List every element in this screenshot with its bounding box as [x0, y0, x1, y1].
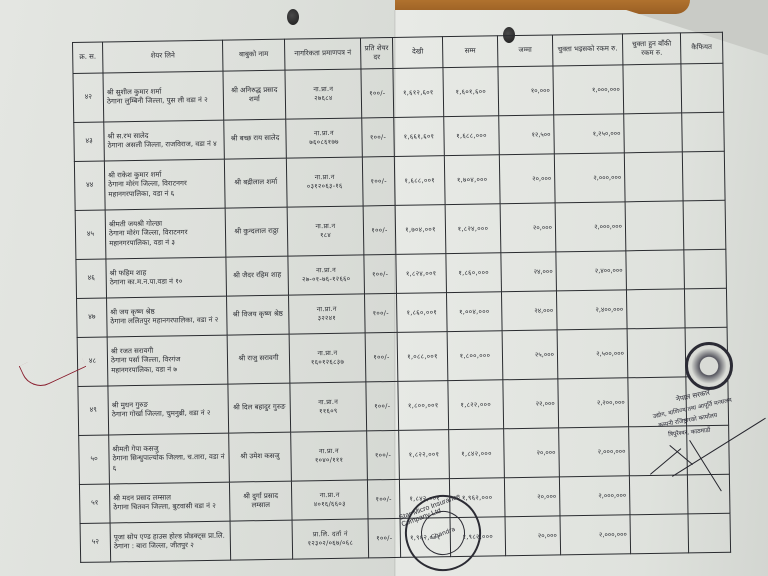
- table-cell: ना.प्रा.न०३१२०६३-१६: [286, 157, 363, 207]
- shareholder-address: ठेगाना लुम्बिनी जिल्ला, पुस ली वडा नं २: [107, 96, 220, 107]
- table-cell: १,८६०,००१: [396, 293, 447, 333]
- table-cell: [629, 475, 688, 515]
- table-cell: श्री राकेश कुमार शर्माठेगाना मोरंग जिल्ल…: [104, 159, 225, 210]
- table-cell: २,५००,०००: [557, 329, 628, 379]
- table-cell: १,६१२,६०१: [393, 68, 444, 118]
- table-cell: [688, 513, 731, 553]
- table-cell: १००/-: [362, 117, 395, 156]
- table-cell: १,०८८,००१: [397, 332, 448, 382]
- share-from: १,०८८,००१: [407, 352, 438, 360]
- share-total: १२,५००: [531, 130, 550, 138]
- table-cell: ४३: [74, 122, 105, 161]
- share-from: १,८००,००१: [408, 401, 439, 409]
- paid-amount: २,०००,०००: [593, 173, 621, 181]
- shareholder-address: ठेगाना : बारा जिल्ला, जीतपुर २: [114, 541, 227, 552]
- table-cell: २०,०००: [499, 154, 555, 204]
- shareholder-address: ठेगाना गोर्खा जिल्ला, चुमनुब्री, वडा नं …: [112, 409, 225, 420]
- table-cell: श्री दिल बहादुर गुरुङ: [228, 383, 291, 433]
- serial-number: ५१: [91, 499, 98, 507]
- table-cell: ४७: [77, 298, 108, 337]
- table-cell: ना.प्रा.न२७६८४: [285, 69, 362, 119]
- father-name: श्री राजु सरावगी: [238, 354, 278, 363]
- share-total: २०,०००: [533, 223, 552, 231]
- government-emblem-stamp: [685, 342, 733, 390]
- share-to: १,६८८,०००: [456, 131, 487, 139]
- share-to: १,८२२,०००: [460, 400, 491, 408]
- table-cell: [626, 289, 685, 329]
- father-name: श्री बच्छ राय सालेद: [231, 134, 280, 143]
- rate-per-share: १००/-: [371, 177, 387, 185]
- table-cell: [626, 250, 685, 290]
- table-cell: १,६८८,०००: [444, 116, 500, 156]
- father-name: श्री जैदर रहिम शाह: [233, 271, 281, 280]
- column-header: कैफियत: [680, 32, 722, 64]
- serial-number: ४३: [85, 137, 92, 145]
- paid-amount: १,०००,०००: [592, 85, 620, 93]
- rate-per-share: १००/-: [375, 451, 391, 459]
- table-cell: ना.प्रा.न४०१६/६६०३: [291, 480, 368, 520]
- table-cell: १,२५०,०००: [554, 114, 625, 154]
- table-cell: श्री जय कृष्ण श्रेष्ठठेगाना ललितपुर महान…: [107, 296, 228, 337]
- serial-number: ४५: [87, 230, 94, 238]
- shareholder-address: ठेगाना पर्सा जिल्ला, विरगंज महानगरपालिका…: [111, 355, 224, 376]
- table-cell: ५०: [79, 435, 110, 484]
- share-total: २४,०००: [534, 306, 553, 314]
- table-cell: १,७०४,००१: [395, 205, 446, 255]
- father-name: श्री कुन्दलाल राठ्ठा: [234, 227, 278, 236]
- table-cell: [683, 200, 726, 250]
- table-cell: श्रीमती गेपा कसजुठेगाना सिन्धुपाल्चोक जि…: [109, 433, 230, 484]
- share-total: २४,०००: [534, 267, 553, 275]
- table-cell: २,२००,०००: [558, 378, 629, 428]
- share-to: १,८६०,०००: [458, 268, 489, 276]
- shareholder-address: ठेगाना ललितपुर महानगरपालिका, वडा नं २: [110, 316, 223, 327]
- citizenship-number: २७६८४: [289, 94, 358, 104]
- rate-per-share: १००/-: [374, 402, 390, 410]
- paid-amount: २,०००,०००: [598, 447, 626, 455]
- table-cell: १,००४,०००: [446, 292, 502, 332]
- rate-per-share: १००/-: [373, 309, 389, 317]
- table-cell: श्री मदन प्रसाद लम्सालठेगाना चितवन जिल्ल…: [109, 482, 230, 523]
- table-cell: २,०००,०००: [560, 515, 631, 555]
- share-from: १,८२२,००१: [409, 450, 440, 458]
- citizenship-number: १६०१२६८३७: [293, 357, 362, 367]
- table-cell: १,७०४,०००: [444, 155, 500, 205]
- table-cell: १,८६०,०००: [446, 253, 502, 293]
- share-from: १,६१२,६०१: [403, 88, 434, 96]
- table-cell: श्री स.रभ सालेदठेगाना असली जिल्ला, राजवि…: [104, 120, 225, 161]
- table-cell: श्री राजु सरावगी: [227, 334, 290, 384]
- table-cell: १००/-: [366, 381, 399, 430]
- table-cell: श्री बद्रीलाल शर्मा: [224, 158, 287, 208]
- table-cell: १,८२४,०००: [445, 204, 501, 254]
- table-cell: ४५: [75, 210, 106, 259]
- table-cell: [682, 151, 725, 201]
- serial-number: ४९: [90, 406, 97, 414]
- table-cell: [682, 112, 725, 152]
- share-from: १,७०४,००१: [405, 225, 436, 233]
- rate-per-share: १००/-: [369, 89, 385, 97]
- share-to: १,००४,०००: [459, 307, 490, 315]
- paid-amount: १,२५०,०००: [593, 129, 621, 137]
- share-register-table: क्र. स.शेयर लिनेबाबुको नामनागरिकता प्रमा…: [72, 32, 731, 563]
- table-cell: १,८२४,००१: [396, 254, 447, 294]
- citizenship-number: ११६०९: [294, 406, 363, 416]
- serial-number: ५२: [92, 538, 99, 546]
- rate-per-share: १००/-: [372, 270, 388, 278]
- table-cell: २०,०००: [504, 428, 560, 478]
- table-cell: श्री सुशील कुमार शर्माठेगाना लुम्बिनी जि…: [103, 71, 224, 122]
- column-header: नागरिकता प्रमाणपत्र नं: [284, 38, 360, 70]
- table-cell: १००/-: [367, 479, 400, 518]
- table-cell: १,८००,०००: [447, 331, 503, 381]
- column-header: जम्मा: [497, 35, 552, 67]
- table-cell: १,८२२,०००: [448, 380, 504, 430]
- father-name: श्री दुर्गा प्रसाद लम्साल: [243, 491, 278, 509]
- share-total: २०,०००: [538, 531, 557, 539]
- table-cell: २,४००,०००: [556, 251, 627, 291]
- table-cell: २०,०००: [505, 516, 561, 556]
- paid-amount: २,४००,०००: [595, 266, 623, 274]
- column-header: देखी: [392, 37, 442, 69]
- share-to: १,८००,०००: [460, 351, 491, 359]
- rate-per-share: १००/-: [376, 534, 392, 542]
- table-cell: श्री कुन्दलाल राठ्ठा: [225, 207, 288, 257]
- citizenship-number: २७-०१-७६-१२६६०: [292, 274, 361, 284]
- column-header: चुक्ता हुन बाँकी रकम रु.: [622, 33, 680, 65]
- father-name: श्री विजय कृष्ण श्रेष्ठ: [233, 310, 283, 319]
- table-cell: ना.प्रा.न१६०१२६८३७: [289, 333, 366, 383]
- table-cell: [623, 64, 682, 114]
- table-cell: २०,०००: [504, 477, 560, 517]
- table-cell: २,०००,०००: [555, 202, 626, 252]
- table-cell: १,०००,०००: [553, 65, 624, 115]
- table-cell: १००/-: [363, 205, 396, 254]
- punch-hole: [287, 9, 299, 25]
- table-cell: श्रीमती जयश्री गोल्छाठेगाना मोरंग जिल्ला…: [105, 208, 226, 259]
- table-cell: १००/-: [364, 293, 397, 332]
- paid-amount: २,२००,०००: [597, 398, 625, 406]
- shareholder-address: ठेगाना सिन्धुपाल्चोक जिल्ला, च.तारा, वडा…: [112, 453, 225, 474]
- table-cell: [625, 201, 684, 251]
- share-to: १,८२४,०००: [458, 224, 489, 232]
- citizenship-number: १२३०२/०६७/०६८: [296, 538, 365, 548]
- table-cell: ना.प्रा.न३२२४१: [289, 294, 366, 334]
- table-cell: २५,०००: [502, 330, 558, 380]
- table-cell: श्री मुधन गुरुङठेगाना गोर्खा जिल्ला, चुम…: [108, 384, 229, 435]
- father-name: श्री अनिरुद्ध प्रसाद शर्मा: [231, 85, 277, 103]
- table-cell: १,८२२,००१: [399, 430, 450, 480]
- table-cell: [630, 514, 689, 554]
- table-cell: श्री जैदर रहिम शाह: [226, 256, 289, 296]
- share-total: २२,०००: [536, 399, 555, 407]
- table-cell: २,०००,०००: [559, 476, 630, 516]
- rate-per-share: १००/-: [373, 353, 389, 361]
- table-cell: [684, 288, 727, 328]
- table-cell: २४,०००: [501, 252, 557, 292]
- table-cell: श्री विजय कृष्ण श्रेष्ठ: [227, 295, 290, 335]
- table-cell: १,६८८,००१: [394, 156, 445, 206]
- share-to: १,६०१,६००: [456, 87, 487, 95]
- table-cell: ४६: [76, 259, 107, 298]
- paid-amount: २,०००,०००: [599, 530, 627, 538]
- share-from: १,६८८,००१: [404, 176, 435, 184]
- table-cell: १,८४२,०००: [449, 429, 505, 479]
- table-cell: श्री अनिरुद्ध प्रसाद शर्मा: [223, 70, 286, 120]
- table-cell: [230, 520, 293, 560]
- paid-amount: २,४००,०००: [595, 305, 623, 313]
- share-from: १,८६०,००१: [406, 308, 437, 316]
- shareholder-address: ठेगाना मोरंग जिल्ला, विराटनगर महानगरपालि…: [109, 228, 222, 249]
- table-cell: ना.प्रा.न१८४: [287, 206, 364, 256]
- table-cell: [624, 152, 683, 202]
- table-cell: ना.प्रा.न७६०८६१७७: [286, 118, 363, 158]
- serial-number: ४८: [89, 357, 96, 365]
- table-cell: ५१: [79, 484, 110, 523]
- column-header: बाबुको नाम: [222, 39, 284, 71]
- citizenship-number: १८४: [291, 230, 360, 240]
- rate-per-share: १००/-: [376, 495, 392, 503]
- table-cell: श्री रजत सरावगीठेगाना पर्सा जिल्ला, विरग…: [107, 335, 228, 386]
- table-cell: [627, 328, 686, 378]
- column-header: प्रति शेयर दर: [360, 37, 392, 68]
- shareholder-address: ठेगाना का.म.न.पा.वडा नं १०: [110, 277, 223, 288]
- shareholder-address: ठेगाना चितवन जिल्ला, बुटवासी वडा नं २: [113, 502, 226, 513]
- table-cell: १००/-: [368, 518, 401, 557]
- column-header: सम्म: [442, 36, 497, 68]
- table-cell: १००/-: [361, 68, 394, 117]
- rate-per-share: १००/-: [371, 226, 387, 234]
- citizenship-number: ३२२४१: [292, 313, 361, 323]
- share-total: २५,०००: [535, 350, 554, 358]
- share-total: २०,०००: [532, 174, 551, 182]
- table-cell: ४९: [78, 386, 109, 435]
- table-cell: [681, 63, 724, 113]
- table-cell: पूजा सोप एण्ड हाउस होल्ड प्रोडक्ट्स प्रा…: [110, 521, 231, 562]
- serial-number: ४६: [88, 274, 95, 282]
- citizenship-number: ४०१६/६६०३: [295, 499, 364, 509]
- table-cell: १२,५००: [499, 115, 555, 155]
- share-total: १०,०००: [531, 86, 550, 94]
- table-cell: १,६६१,६०१: [394, 117, 445, 157]
- table-cell: १,६०१,६००: [443, 67, 499, 117]
- share-total: २०,०००: [537, 492, 556, 500]
- table-cell: श्री दुर्गा प्रसाद लम्साल: [229, 481, 292, 521]
- share-to: १,७०४,०००: [457, 175, 488, 183]
- table-cell: श्री बच्छ राय सालेद: [224, 119, 287, 159]
- father-name: श्री बद्रीलाल शर्मा: [234, 178, 277, 187]
- table-cell: १००/-: [362, 156, 395, 205]
- paid-amount: २,५००,०००: [596, 349, 624, 357]
- serial-number: ४७: [88, 313, 95, 321]
- shareholder-address: ठेगाना असली जिल्ला, राजविराज, वडा नं ४: [108, 140, 221, 151]
- table-cell: प्रा.लि. दर्ता नं१२३०२/०६७/०६८: [292, 519, 369, 559]
- serial-number: ४२: [85, 93, 92, 101]
- table-cell: १००/-: [367, 430, 400, 479]
- father-name: श्री उमेश कसजु: [240, 452, 279, 461]
- table-cell: २,४००,०००: [556, 290, 627, 330]
- share-total: २०,०००: [536, 448, 555, 456]
- serial-number: ४४: [86, 181, 93, 189]
- table-cell: [684, 249, 727, 289]
- table-cell: ना.प्रा.न११६०९: [290, 382, 367, 432]
- table-cell: २२,०००: [503, 379, 559, 429]
- citizenship-number: ०३१२०६३-१६: [290, 182, 359, 192]
- table-cell: २४,०००: [501, 291, 557, 331]
- paid-amount: २,०००,०००: [594, 222, 622, 230]
- column-header: चुक्ता भइसको रकम रु.: [552, 34, 622, 66]
- father-name: श्री दिल बहादुर गुरुङ: [233, 403, 286, 412]
- column-header: क्र. स.: [73, 42, 103, 73]
- serial-number: ५०: [90, 455, 97, 463]
- citizenship-number: ७६०८६१७७: [290, 138, 359, 148]
- table-cell: [687, 474, 730, 514]
- column-header: शेयर लिने: [103, 40, 223, 73]
- table-cell: २०,०००: [500, 203, 556, 253]
- table-cell: ४४: [74, 161, 105, 210]
- share-to: १,८४२,०००: [461, 449, 492, 457]
- shareholder-address: ठेगाना मोरंग जिल्ला, विराटनगर महानगरपालि…: [108, 179, 221, 200]
- rate-per-share: १००/-: [370, 133, 386, 141]
- share-register: क्र. स.शेयर लिनेबाबुको नामनागरिकता प्रमा…: [72, 32, 730, 563]
- table-cell: श्री उमेश कसजु: [229, 432, 292, 482]
- citizenship-number: १०४०/१११: [295, 455, 364, 465]
- table-cell: २,०००,०००: [554, 153, 625, 203]
- table-cell: ना.प्रा.न२७-०१-७६-१२६६०: [288, 255, 365, 295]
- table-cell: १००/-: [364, 254, 397, 293]
- share-from: १,८२४,००१: [406, 269, 437, 277]
- table-cell: १००/-: [365, 332, 398, 381]
- share-from: १,६६१,६०१: [404, 132, 435, 140]
- table-cell: ५२: [80, 523, 111, 562]
- table-cell: १,८००,००१: [398, 381, 449, 431]
- table-cell: ४२: [73, 73, 104, 122]
- table-cell: [624, 113, 683, 153]
- table-cell: १०,०००: [498, 66, 554, 116]
- table-cell: ना.प्रा.न१०४०/१११: [291, 431, 368, 481]
- table-cell: श्री फहिम शाहठेगाना का.म.न.पा.वडा नं १०: [106, 257, 227, 298]
- paid-amount: २,०००,०००: [598, 491, 626, 499]
- table-cell: २,०००,०००: [559, 427, 630, 477]
